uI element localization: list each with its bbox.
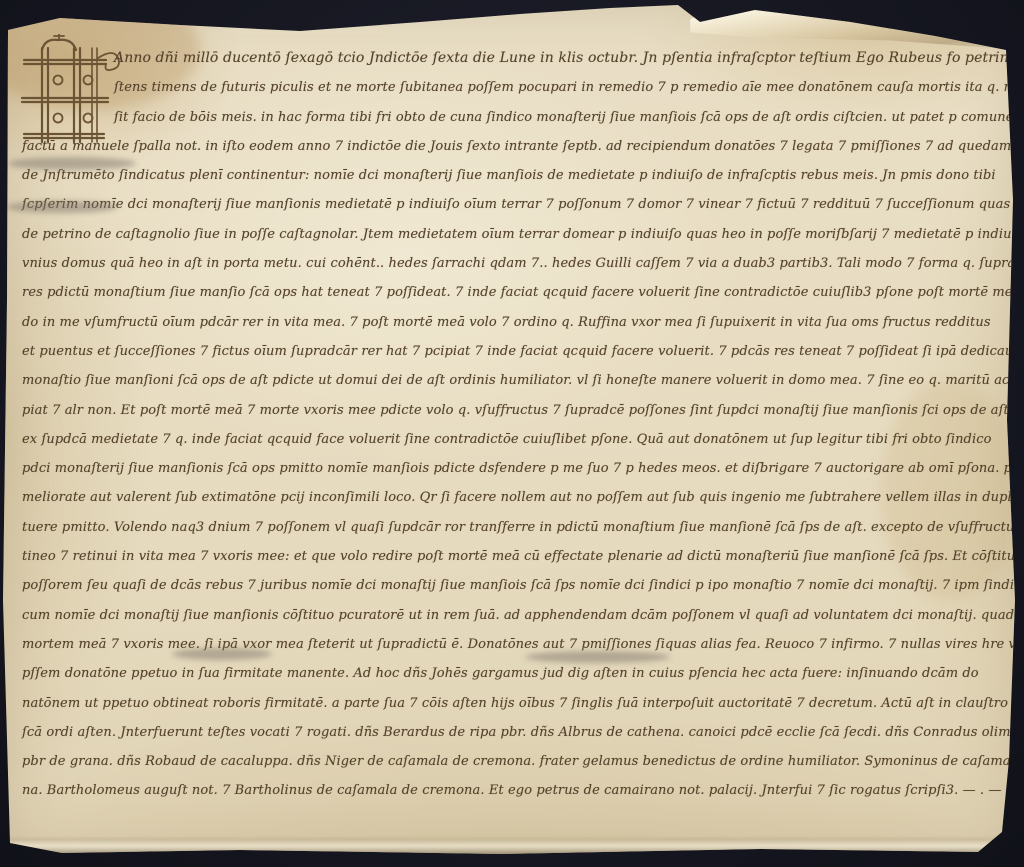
manuscript-line: meliorate aut valerent ſub extimatōne pc…	[22, 483, 1010, 512]
manuscript-line: vnius domus quā heo in aſt in porta metu…	[22, 249, 1010, 278]
manuscript-line: do in me vſumfructū oīum pdcār rer in vi…	[22, 308, 1010, 337]
manuscript-line: ex ſupdcā medietate 7 q. inde faciat qcq…	[22, 425, 1010, 454]
manuscript-line: tineo 7 retinui in vita mea 7 vxoris mee…	[22, 542, 1010, 571]
manuscript-line: res pdictū monaſtium ſiue manſio ſcā ops…	[22, 278, 1010, 307]
manuscript-line: pdci monaſterij ſiue manſionis ſcā ops p…	[22, 454, 1010, 483]
erasure-smudge-1	[8, 157, 136, 170]
manuscript-line: tuere pmitto. Volendo naq3 dnium 7 poſſo…	[22, 513, 1010, 542]
manuscript-line: de Jnſtrumēto ſindicatus plenī continent…	[22, 161, 1010, 190]
manuscript-line: pbr de grana. dñs Robaud de cacaluppa. d…	[22, 747, 1010, 776]
manuscript-line: pſſem donatōne ppetuo in ſua firmitate m…	[22, 659, 1010, 688]
erasure-smudge-4	[525, 651, 670, 663]
manuscript-line: monaſtio ſiue manſioni ſcā ops de aſt pd…	[22, 366, 1010, 395]
manuscript-line: poſſorem ſeu quaſi de dcās rebus 7 jurib…	[22, 571, 1010, 600]
manuscript-line: ſcpſerim nomīe dci monaſterij ſiue manſi…	[22, 190, 1010, 219]
erasure-smudge-3	[172, 648, 272, 660]
photo-background: Anno dñi millō ducentō ſexagō tcio Jndic…	[0, 0, 1024, 867]
manuscript-line: ſit facio de bōis meis. in hac forma tib…	[22, 103, 1010, 132]
manuscript-line: na. Bartholomeus auguſt not. 7 Bartholin…	[22, 776, 1010, 805]
manuscript-line: ſtens timens de futuris piculis et ne mo…	[22, 73, 1010, 102]
manuscript-line: natōnem ut ppetuo obtineat roboris firmi…	[22, 689, 1010, 718]
manuscript-line: piat 7 alr non. Et poſt mortē meā 7 mort…	[22, 396, 1010, 425]
manuscript-text: Anno dñi millō ducentō ſexagō tcio Jndic…	[22, 44, 1010, 806]
manuscript-line: cum nomīe dci monaſtij ſiue manſionis cō…	[22, 601, 1010, 630]
erasure-smudge-2	[6, 201, 118, 213]
parchment-bottom-curl	[8, 838, 1004, 856]
manuscript-line: Anno dñi millō ducentō ſexagō tcio Jndic…	[22, 44, 1010, 73]
manuscript-line: ſcā ordi aſten. Jnterfuerunt teſtes voca…	[22, 718, 1010, 747]
parchment-sheet: Anno dñi millō ducentō ſexagō tcio Jndic…	[0, 0, 1024, 867]
manuscript-line: de petrino de caſtagnolio ſiue in poſſe …	[22, 220, 1010, 249]
manuscript-line: et puentus et ſucceſſiones 7 fictus oīum…	[22, 337, 1010, 366]
manuscript-line: mortem meā 7 vxoris mee. ſi ipā vxor mea…	[22, 630, 1010, 659]
manuscript-line: factū a manuele ſpalla not. in iſto eode…	[22, 132, 1010, 161]
